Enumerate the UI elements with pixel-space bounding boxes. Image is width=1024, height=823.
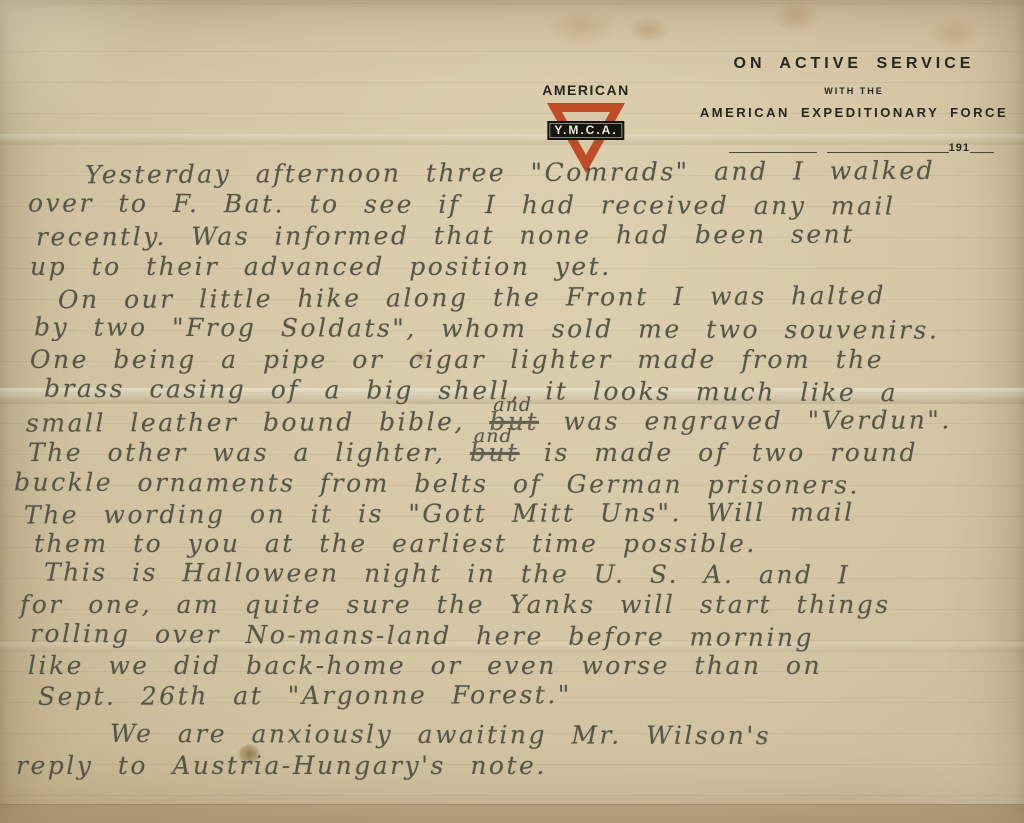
handwritten-text: We are anxiously awaiting Mr. Wilson's [110, 719, 771, 750]
handwritten-line: brass casing of a big shell, it looks mu… [44, 374, 898, 408]
handwritten-line: them to you at the earliest time possibl… [34, 529, 757, 559]
handwritten-text: by two "Frog Soldats", whom sold me two … [34, 312, 939, 344]
handwritten-line: rolling over No-mans-land here before mo… [30, 619, 814, 653]
handwritten-line: The other was a lighter, butand is made … [28, 438, 918, 468]
handwritten-line: for one, am quite sure the Yanks will st… [20, 590, 891, 620]
handwritten-text: is made of two round [520, 438, 918, 467]
handwritten-text: On our little hike along the Front I was… [58, 281, 886, 314]
handwritten-letter-body: Yesterday afternoon three "Comrads" and … [0, 0, 1024, 823]
handwritten-text: buckle ornaments from belts of German pr… [14, 468, 860, 500]
handwritten-line: like we did back-home or even worse than… [28, 651, 822, 681]
handwritten-line: reply to Austria-Hungary's note. [16, 751, 547, 781]
handwritten-text: over to F. Bat. to see if I had received… [28, 188, 896, 220]
inserted-word: and [474, 421, 513, 451]
handwritten-text: up to their advanced position yet. [30, 252, 612, 281]
ymca-band-label: Y.M.C.A. [547, 121, 624, 140]
correction: butand [470, 438, 520, 468]
handwritten-line: buckle ornaments from belts of German pr… [14, 468, 860, 501]
handwritten-text: them to you at the earliest time possibl… [34, 529, 757, 558]
handwritten-line: by two "Frog Soldats", whom sold me two … [34, 312, 939, 345]
handwritten-line: One being a pipe or cigar lighter made f… [30, 345, 884, 375]
handwritten-text: This is Halloween night in the U. S. A. … [44, 558, 850, 590]
handwritten-line: We are anxiously awaiting Mr. Wilson's [110, 719, 771, 751]
handwritten-line: This is Halloween night in the U. S. A. … [44, 558, 850, 591]
handwritten-text: like we did back-home or even worse than… [28, 651, 822, 680]
handwritten-line: up to their advanced position yet. [30, 252, 612, 282]
handwritten-line: The wording on it is "Gott Mitt Uns". Wi… [24, 498, 855, 531]
handwritten-text: Sept. 26th at "Argonne Forest." [38, 680, 572, 711]
handwritten-text: rolling over No-mans-land here before mo… [30, 619, 814, 652]
inserted-word: and [493, 390, 532, 420]
handwritten-text: Yesterday afternoon three "Comrads" and … [85, 156, 935, 189]
handwritten-text: small leather bound bible, [26, 407, 489, 438]
handwritten-line: On our little hike along the Front I was… [58, 281, 886, 315]
handwritten-text: reply to Austria-Hungary's note. [16, 751, 547, 780]
handwritten-text: The other was a lighter, [28, 438, 470, 467]
handwritten-text: was engraved "Verdun". [539, 405, 952, 435]
handwritten-line: Yesterday afternoon three "Comrads" and … [85, 156, 935, 190]
handwritten-text: The wording on it is "Gott Mitt Uns". Wi… [24, 498, 855, 530]
handwritten-text: for one, am quite sure the Yanks will st… [20, 590, 891, 619]
handwritten-text: recently. Was informed that none had bee… [36, 220, 855, 252]
handwritten-text: One being a pipe or cigar lighter made f… [30, 345, 884, 374]
handwritten-line: recently. Was informed that none had bee… [36, 220, 855, 253]
handwritten-line: Sept. 26th at "Argonne Forest." [38, 680, 572, 712]
letter-page: AMERICAN Y.M.C.A. ON ACTIVE SERVICE WITH… [0, 0, 1024, 823]
handwritten-text: brass casing of a big shell, it looks mu… [44, 374, 898, 407]
handwritten-line: over to F. Bat. to see if I had received… [28, 188, 896, 221]
